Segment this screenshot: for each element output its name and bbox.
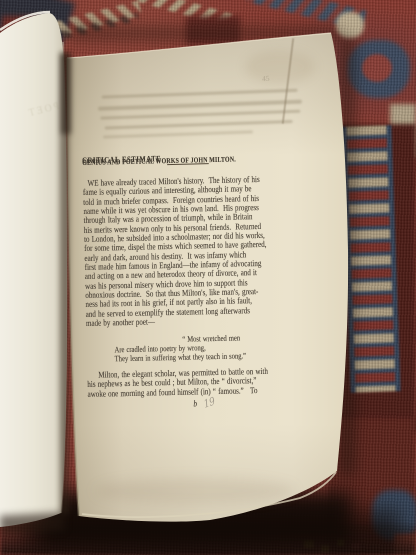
paragraph-2: Milton, the elegant scholar, was permitt… xyxy=(87,366,299,399)
show-through-line xyxy=(100,110,300,120)
show-through-line xyxy=(98,100,302,111)
verse-quotation: “ Most wretched men Are cradled into poe… xyxy=(86,332,298,365)
show-through-line xyxy=(103,130,253,138)
page-text-block: CRITICAL ESTIMATE OF THE GENIUS AND POET… xyxy=(82,145,299,411)
show-through-line xyxy=(105,120,293,130)
chapter-subtitle-main: GENIUS AND POETICAL WORKS OF JOHN MILTON… xyxy=(82,156,236,167)
ghost-page-number: 45 xyxy=(262,74,270,84)
printer-signature: b xyxy=(193,399,197,409)
paragraph-1: WE have already traced Milton's history.… xyxy=(83,174,298,328)
show-through-line xyxy=(102,89,298,99)
pencil-annotation: 19 xyxy=(203,397,216,409)
photo-scene: 45 POET CRITICAL ESTIMATE OF THE GENIUS … xyxy=(0,0,416,555)
